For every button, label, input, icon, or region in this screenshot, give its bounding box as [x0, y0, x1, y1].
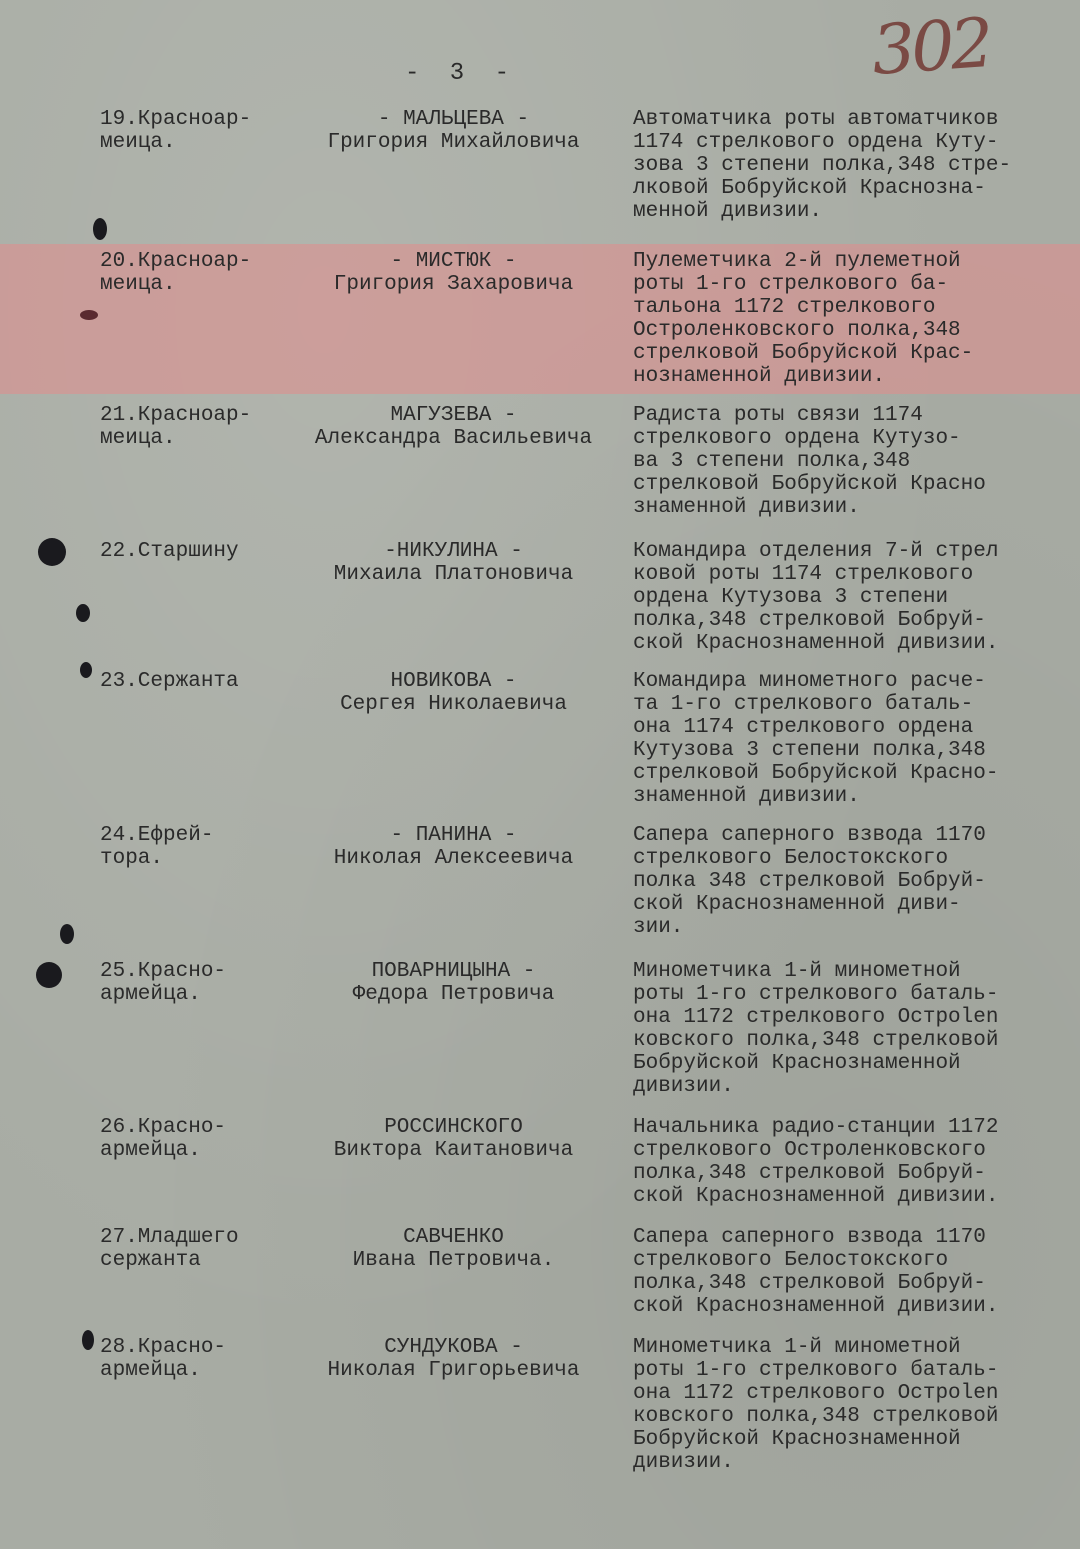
entry-unit-line: дивизии.	[633, 1451, 1073, 1474]
entry-given-name: Виктора Каитановича	[276, 1139, 631, 1162]
entry-unit-line: Командира минометного расче-	[633, 670, 1073, 693]
entry-unit-line: ской Краснознаменной дивизии.	[633, 1295, 1073, 1318]
entry-rank-line: меица.	[100, 131, 275, 154]
entry-unit-line: она 1172 стрелкового Острolen	[633, 1006, 1073, 1029]
entry-rank-line: 28.Красно-	[100, 1336, 275, 1359]
punch-hole-icon	[80, 662, 92, 678]
entry-unit: Командира отделения 7-й стрелковой роты …	[633, 540, 1073, 655]
entry-unit-line: лковой Бобруйской Краснозна-	[633, 177, 1073, 200]
entry-unit-line: Кутузова 3 степени полка,348	[633, 739, 1073, 762]
entry-name: -НИКУЛИНА -Михаила Платоновича	[276, 540, 631, 586]
entry-surname: -НИКУЛИНА -	[276, 540, 631, 563]
entry-surname: - ПАНИНА -	[276, 824, 631, 847]
entry-unit: Минометчика 1-й минометнойроты 1-го стре…	[633, 1336, 1073, 1474]
entry-unit-line: ской Краснознаменной дивизии.	[633, 632, 1073, 655]
entry-unit: Сапера саперного взвода 1170стрелкового …	[633, 1226, 1073, 1318]
entry-rank-line: армейца.	[100, 1359, 275, 1382]
entry-rank-line: 24.Ефрей-	[100, 824, 275, 847]
entry-name: САВЧЕНКОИвана Петровича.	[276, 1226, 631, 1272]
entry-unit-line: она 1172 стрелкового Острolen	[633, 1382, 1073, 1405]
entry-rank: 25.Красно-армейца.	[100, 960, 275, 1006]
entry-rank: 20.Красноар-меица.	[100, 250, 275, 296]
entry-rank: 22.Старшину	[100, 540, 275, 563]
entry-rank: 27.Младшегосержанта	[100, 1226, 275, 1272]
entry-unit-line: нознаменной дивизии.	[633, 365, 1073, 388]
entry-unit-line: ковского полка,348 стрелковой	[633, 1029, 1073, 1052]
punch-hole-icon	[93, 218, 107, 240]
entry-unit: Сапера саперного взвода 1170стрелкового …	[633, 824, 1073, 939]
punch-hole-icon	[38, 538, 66, 566]
entry-unit: Автоматчика роты автоматчиков1174 стрелк…	[633, 108, 1073, 223]
entry-unit-line: ковского полка,348 стрелковой	[633, 1405, 1073, 1428]
entry-given-name: Николая Григорьевича	[276, 1359, 631, 1382]
entry-unit-line: дивизии.	[633, 1075, 1073, 1098]
entry-given-name: Николая Алексеевича	[276, 847, 631, 870]
entry-unit: Командира минометного расче-та 1-го стре…	[633, 670, 1073, 808]
punch-hole-icon	[82, 1330, 94, 1350]
entry-unit-line: ордена Кутузова 3 степени	[633, 586, 1073, 609]
entry-given-name: Григория Захаровича	[276, 273, 631, 296]
entry-surname: САВЧЕНКО	[276, 1226, 631, 1249]
entry-name: СУНДУКОВА -Николая Григорьевича	[276, 1336, 631, 1382]
entry-rank-line: меица.	[100, 273, 275, 296]
entry-rank: 21.Красноар-меица.	[100, 404, 275, 450]
entry-rank: 28.Красно-армейца.	[100, 1336, 275, 1382]
entry-name: МАГУЗЕВА -Александра Васильевича	[276, 404, 631, 450]
entry-rank-line: 21.Красноар-	[100, 404, 275, 427]
punch-hole-icon	[60, 924, 74, 944]
entry-unit-line: Радиста роты связи 1174	[633, 404, 1073, 427]
entry-surname: - МИСТЮК -	[276, 250, 631, 273]
entry-unit-line: знаменной дивизии.	[633, 496, 1073, 519]
entry-surname: РОССИНСКОГО	[276, 1116, 631, 1139]
entry-rank: 19.Красноар-меица.	[100, 108, 275, 154]
entry-given-name: Ивана Петровича.	[276, 1249, 631, 1272]
entry-unit-line: ковой роты 1174 стрелкового	[633, 563, 1073, 586]
entry-rank-line: армейца.	[100, 1139, 275, 1162]
entry-rank: 26.Красно-армейца.	[100, 1116, 275, 1162]
entry-unit-line: зии.	[633, 916, 1073, 939]
entry-unit-line: стрелкового ордена Кутузо-	[633, 427, 1073, 450]
punch-hole-icon	[80, 310, 98, 320]
entry-name: РОССИНСКОГОВиктора Каитановича	[276, 1116, 631, 1162]
entry-rank-line: 20.Красноар-	[100, 250, 275, 273]
entry-unit-line: полка,348 стрелковой Бобруй-	[633, 1272, 1073, 1295]
entry-rank-line: 22.Старшину	[100, 540, 275, 563]
entry-given-name: Григория Михайловича	[276, 131, 631, 154]
entry-unit-line: тальона 1172 стрелкового	[633, 296, 1073, 319]
entry-rank-line: армейца.	[100, 983, 275, 1006]
entry-unit-line: ской Краснознаменной диви-	[633, 893, 1073, 916]
entry-unit-line: Минометчика 1-й минометной	[633, 1336, 1073, 1359]
entry-unit-line: полка 348 стрелковой Бобруй-	[633, 870, 1073, 893]
entry-unit-line: Пулеметчика 2-й пулеметной	[633, 250, 1073, 273]
entry-unit: Пулеметчика 2-й пулеметнойроты 1-го стре…	[633, 250, 1073, 388]
entry-unit-line: стрелкового Остроленковского	[633, 1139, 1073, 1162]
entry-given-name: Сергея Николаевича	[276, 693, 631, 716]
entry-given-name: Федора Петровича	[276, 983, 631, 1006]
entry-rank-line: 23.Сержанта	[100, 670, 275, 693]
entry-unit: Радиста роты связи 1174стрелкового орден…	[633, 404, 1073, 519]
archive-number-handwritten: 302	[869, 4, 992, 91]
entry-unit-line: знаменной дивизии.	[633, 785, 1073, 808]
entry-unit-line: стрелковой Бобруйской Красно-	[633, 762, 1073, 785]
entry-given-name: Михаила Платоновича	[276, 563, 631, 586]
entry-name: - МАЛЬЦЕВА -Григория Михайловича	[276, 108, 631, 154]
entry-unit-line: стрелковой Бобруйской Крас-	[633, 342, 1073, 365]
entry-unit: Начальника радио-станции 1172стрелкового…	[633, 1116, 1073, 1208]
entry-rank-line: 26.Красно-	[100, 1116, 275, 1139]
entry-name: - ПАНИНА -Николая Алексеевича	[276, 824, 631, 870]
entry-rank-line: 27.Младшего	[100, 1226, 275, 1249]
entry-unit-line: Сапера саперного взвода 1170	[633, 1226, 1073, 1249]
entry-unit-line: та 1-го стрелкового баталь-	[633, 693, 1073, 716]
entry-unit-line: роты 1-го стрелкового ба-	[633, 273, 1073, 296]
entry-unit-line: она 1174 стрелкового ордена	[633, 716, 1073, 739]
entry-unit-line: Сапера саперного взвода 1170	[633, 824, 1073, 847]
entry-unit-line: зова 3 степени полка,348 стре-	[633, 154, 1073, 177]
entry-unit-line: Остроленковского полка,348	[633, 319, 1073, 342]
entry-surname: МАГУЗЕВА -	[276, 404, 631, 427]
punch-hole-icon	[36, 962, 62, 988]
entry-unit-line: стрелковой Бобруйской Красно	[633, 473, 1073, 496]
entry-name: ПОВАРНИЦЫНА -Федора Петровича	[276, 960, 631, 1006]
entry-unit-line: Командира отделения 7-й стрел	[633, 540, 1073, 563]
entry-name: - МИСТЮК -Григория Захаровича	[276, 250, 631, 296]
entry-rank: 23.Сержанта	[100, 670, 275, 693]
entry-unit-line: стрелкового Белостокского	[633, 1249, 1073, 1272]
page-number: - 3 -	[405, 60, 517, 87]
entry-surname: ПОВАРНИЦЫНА -	[276, 960, 631, 983]
entry-unit-line: 1174 стрелкового ордена Куту-	[633, 131, 1073, 154]
punch-hole-icon	[76, 604, 90, 622]
entry-name: НОВИКОВА -Сергея Николаевича	[276, 670, 631, 716]
entry-unit-line: Бобруйской Краснознаменной	[633, 1428, 1073, 1451]
entry-unit-line: полка,348 стрелковой Бобруй-	[633, 609, 1073, 632]
entry-unit-line: ва 3 степени полка,348	[633, 450, 1073, 473]
entry-unit-line: полка,348 стрелковой Бобруй-	[633, 1162, 1073, 1185]
entry-surname: - МАЛЬЦЕВА -	[276, 108, 631, 131]
entry-surname: НОВИКОВА -	[276, 670, 631, 693]
entry-unit: Минометчика 1-й минометнойроты 1-го стре…	[633, 960, 1073, 1098]
entry-rank-line: тора.	[100, 847, 275, 870]
entry-unit-line: менной дивизии.	[633, 200, 1073, 223]
entry-unit-line: роты 1-го стрелкового баталь-	[633, 983, 1073, 1006]
entry-unit-line: ской Краснознаменной дивизии.	[633, 1185, 1073, 1208]
entry-unit-line: стрелкового Белостокского	[633, 847, 1073, 870]
entry-rank-line: 25.Красно-	[100, 960, 275, 983]
entry-unit-line: Начальника радио-станции 1172	[633, 1116, 1073, 1139]
entry-unit-line: Минометчика 1-й минометной	[633, 960, 1073, 983]
entry-unit-line: Бобруйской Краснознаменной	[633, 1052, 1073, 1075]
entry-rank: 24.Ефрей-тора.	[100, 824, 275, 870]
entry-rank-line: сержанта	[100, 1249, 275, 1272]
entry-unit-line: Автоматчика роты автоматчиков	[633, 108, 1073, 131]
entry-rank-line: меица.	[100, 427, 275, 450]
entry-unit-line: роты 1-го стрелкового баталь-	[633, 1359, 1073, 1382]
entry-rank-line: 19.Красноар-	[100, 108, 275, 131]
entry-given-name: Александра Васильевича	[276, 427, 631, 450]
entry-surname: СУНДУКОВА -	[276, 1336, 631, 1359]
